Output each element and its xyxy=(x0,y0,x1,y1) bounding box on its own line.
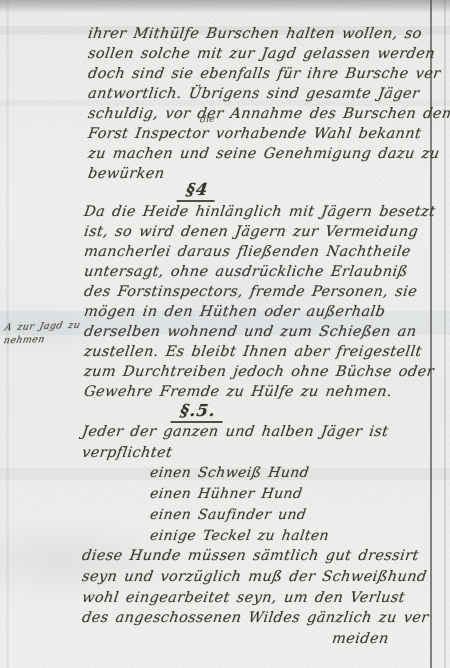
paragraph-line: bewürken xyxy=(87,164,442,184)
list-item: einen Hühner Hund xyxy=(149,484,442,505)
paragraph-line: Forst Inspector vorhabende Wahl bekannt xyxy=(87,124,442,144)
list-item: einen Saufinder und xyxy=(149,505,442,526)
section-heading-4: §4 xyxy=(176,180,217,202)
interline-insertion: die xyxy=(199,114,215,126)
list-item: einige Teckel zu halten xyxy=(149,526,442,547)
section4-paragraph: Da die Heide hinlänglich mit Jägern bese… xyxy=(84,202,440,402)
paragraph-line: antwortlich. Übrigens sind gesamte Jäger xyxy=(87,84,442,104)
paragraph-line: verpflichtet xyxy=(81,443,442,464)
paragraph-line: des angeschossenen Wildes gänzlich zu ve… xyxy=(81,608,442,629)
paragraph-line-hyphen-carryover: meiden xyxy=(81,629,442,650)
paragraph-line: derselben wohnend und zum Schießen an xyxy=(83,322,442,342)
opening-paragraph: ihrer Mithülfe Burschen halten wollen, s… xyxy=(88,24,440,184)
margin-note-line: nehmen xyxy=(2,332,83,347)
page-edge-shadow xyxy=(444,0,446,668)
scan-streak-top xyxy=(0,0,450,12)
paragraph-line: Da die Heide hinlänglich mit Jägern bese… xyxy=(83,202,442,222)
paragraph-line: sollen solche mit zur Jagd gelassen werd… xyxy=(87,44,442,64)
paragraph-line: doch sind sie ebenfalls für ihre Bursche… xyxy=(87,64,442,84)
margin-note: A zur Jagd zu nehmen xyxy=(3,320,83,348)
paragraph-line: Jeder der ganzen und halben Jäger ist xyxy=(81,422,442,443)
list-item: einen Schweiß Hund xyxy=(149,463,442,484)
section-heading-5: §.5. xyxy=(170,401,225,423)
paragraph-line: zum Durchtreiben jedoch ohne Büchse oder xyxy=(83,362,442,382)
paragraph-line: seyn und vorzüglich muß der Schweißhund xyxy=(81,567,442,588)
paragraph-line: wohl eingearbeitet seyn, um den Verlust xyxy=(81,588,442,609)
paragraph-line: mögen in den Hüthen oder außerhalb xyxy=(83,302,442,322)
paragraph-line: diese Hunde müssen sämtlich gut dressirt xyxy=(81,546,442,567)
paragraph-line: zu machen und seine Genehmigung dazu zu xyxy=(87,144,442,164)
paragraph-line: mancherlei daraus fließenden Nachtheile xyxy=(83,242,442,262)
section5-paragraph: Jeder der ganzen und halben Jäger ist ve… xyxy=(82,422,440,650)
paragraph-line: untersagt, ohne ausdrückliche Erlaubniß xyxy=(83,262,442,282)
paragraph-line: ist, so wird denen Jägern zur Vermeidung xyxy=(83,222,442,242)
paragraph-line: Gewehre Fremde zu Hülfe zu nehmen. xyxy=(83,382,442,402)
paragraph-line: zustellen. Es bleibt Ihnen aber freigest… xyxy=(83,342,442,362)
paragraph-line: schuldig, vor der Annahme des Burschen d… xyxy=(87,104,442,124)
manuscript-page: ihrer Mithülfe Burschen halten wollen, s… xyxy=(0,0,450,668)
paragraph-line: des Forstinspectors, fremde Personen, si… xyxy=(83,282,442,302)
paragraph-line: ihrer Mithülfe Burschen halten wollen, s… xyxy=(87,24,442,44)
